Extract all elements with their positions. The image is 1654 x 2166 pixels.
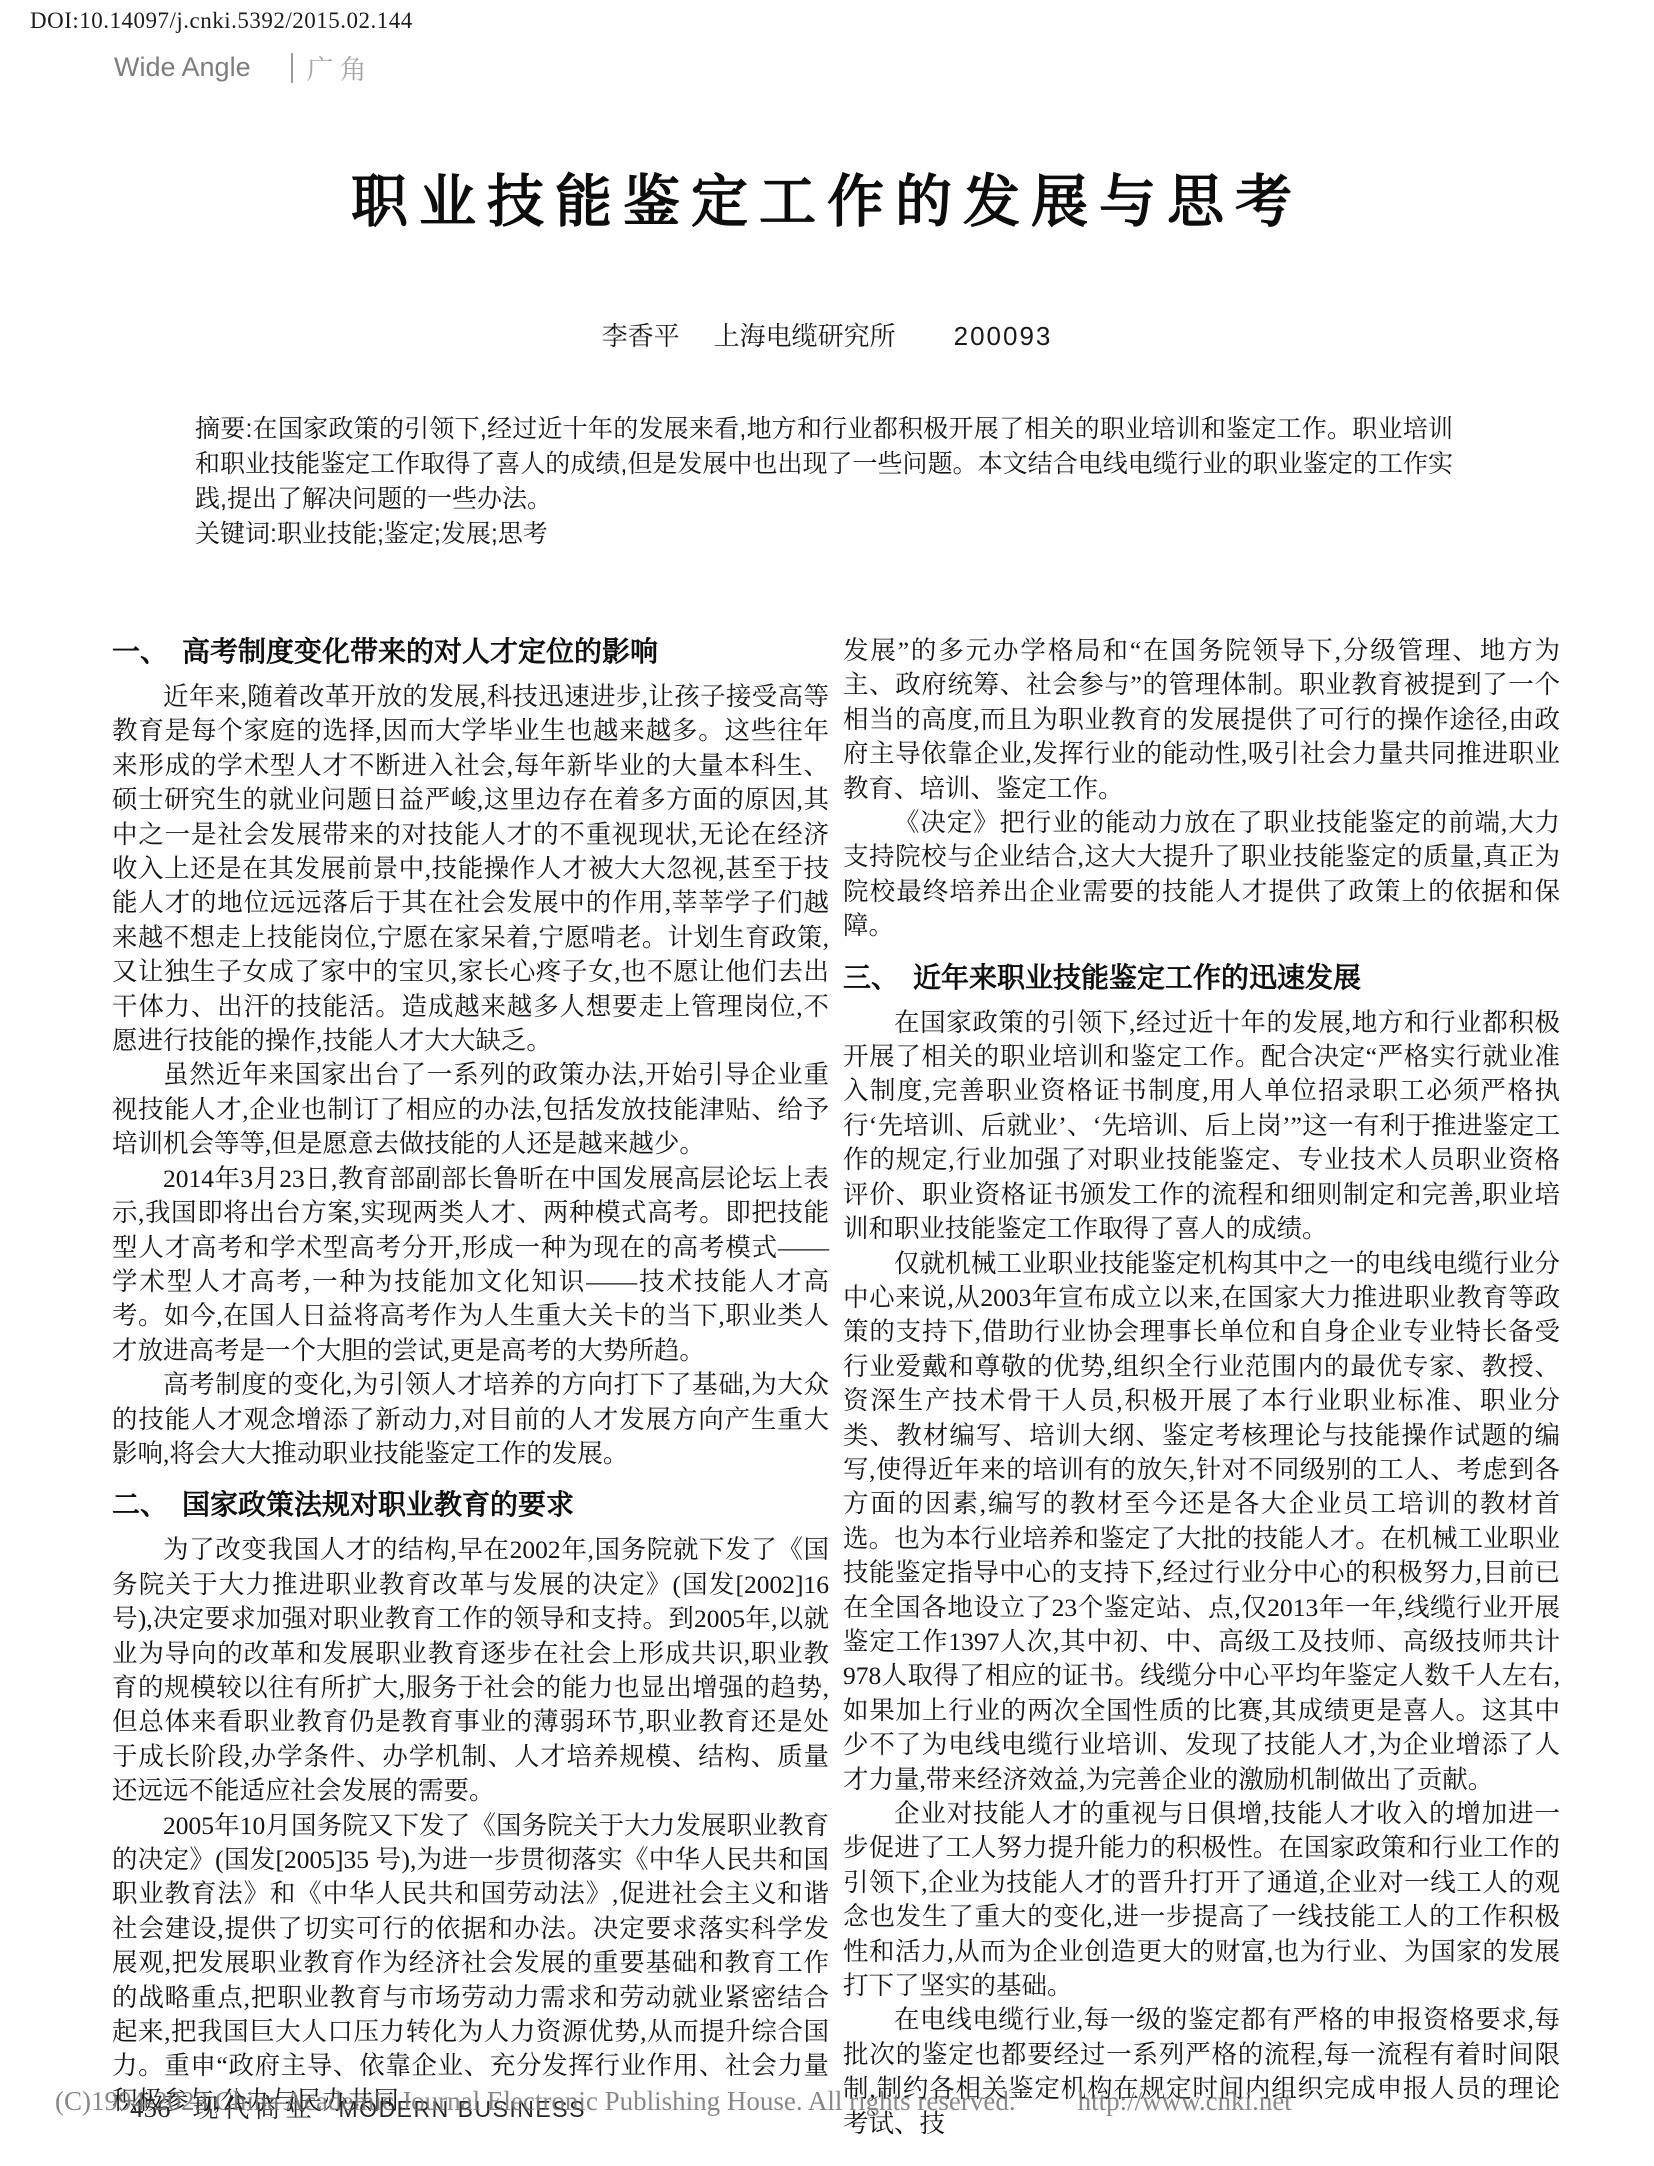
copyright-text: (C)1994-2023 China Academic Journal Elec… bbox=[55, 2086, 1016, 2116]
body-paragraph: 在电线电缆行业,每一级的鉴定都有严格的申报资格要求,每批次的鉴定也都要经过一系列… bbox=[843, 2003, 1560, 2141]
abstract-label: 摘要: bbox=[195, 415, 252, 443]
section-name-zh: 广角 bbox=[307, 48, 373, 87]
body-paragraph: 在国家政策的引领下,经过近十年的发展,地方和行业都积极开展了相关的职业培训和鉴定… bbox=[843, 1006, 1560, 1247]
body-paragraph: 近年来,随着改革开放的发展,科技迅速进步,让孩子接受高等教育是每个家庭的选择,因… bbox=[112, 680, 829, 1058]
body-paragraph: 发展”的多元办学格局和“在国务院领导下,分级管理、地方为主、政府统筹、社会参与”… bbox=[843, 634, 1560, 806]
keywords-label: 关键词: bbox=[195, 520, 277, 548]
cnki-url: http://www.cnki.net bbox=[1078, 2086, 1292, 2116]
body-paragraph: 2014年3月23日,教育部副部长鲁昕在中国发展高层论坛上表示,我国即将出台方案… bbox=[112, 1162, 829, 1368]
body-column-right: 发展”的多元办学格局和“在国务院领导下,分级管理、地方为主、政府统筹、社会参与”… bbox=[843, 634, 1560, 2141]
journal-article-page: DOI:10.14097/j.cnki.5392/2015.02.144 Wid… bbox=[0, 0, 1654, 2166]
body-paragraph: 2005年10月国务院又下发了《国务院关于大力发展职业教育的决定》(国发[200… bbox=[112, 1809, 829, 2119]
author-line: 李香平上海电缆研究所200093 bbox=[0, 316, 1654, 353]
body-paragraph: 《决定》把行业的能动力放在了职业技能鉴定的前端,大力支持院校与企业结合,这大大提… bbox=[843, 806, 1560, 944]
section-header: Wide Angle 广角 bbox=[114, 48, 373, 87]
section-name-en: Wide Angle bbox=[114, 52, 251, 83]
section-heading: 一、 高考制度变化带来的对人才定位的影响 bbox=[112, 634, 829, 670]
doi-text: DOI:10.14097/j.cnki.5392/2015.02.144 bbox=[30, 8, 413, 34]
section-heading: 三、 近年来职业技能鉴定工作的迅速发展 bbox=[843, 960, 1560, 996]
body-paragraph: 企业对技能人才的重视与日俱增,技能人才收入的增加进一步促进了工人努力提升能力的积… bbox=[843, 1797, 1560, 2003]
body-column-left: 一、 高考制度变化带来的对人才定位的影响近年来,随着改革开放的发展,科技迅速进步… bbox=[112, 634, 829, 2118]
postal-code: 200093 bbox=[954, 321, 1053, 351]
copyright-watermark: (C)1994-2023 China Academic Journal Elec… bbox=[55, 2086, 1455, 2117]
abstract-text: 在国家政策的引领下,经过近十年的发展来看,地方和行业都积极开展了相关的职业培训和… bbox=[195, 415, 1453, 513]
body-paragraph: 虽然近年来国家出台了一系列的政策办法,开始引导企业重视技能人才,企业也制订了相应… bbox=[112, 1058, 829, 1161]
body-paragraph: 高考制度的变化,为引领人才培养的方向打下了基础,为大众的技能人才观念增添了新动力… bbox=[112, 1368, 829, 1471]
body-paragraph: 仅就机械工业职业技能鉴定机构其中之一的电线电缆行业分中心来说,从2003年宣布成… bbox=[843, 1247, 1560, 1798]
section-divider-bar bbox=[291, 53, 293, 83]
body-paragraph: 为了改变我国人才的结构,早在2002年,国务院就下发了《国务院关于大力推进职业教… bbox=[112, 1533, 829, 1808]
article-title: 职业技能鉴定工作的发展与思考 bbox=[0, 156, 1654, 238]
keywords-text: 职业技能;鉴定;发展;思考 bbox=[277, 520, 548, 548]
section-heading: 二、 国家政策法规对职业教育的要求 bbox=[112, 1487, 829, 1523]
abstract-paragraph: 摘要:在国家政策的引领下,经过近十年的发展来看,地方和行业都积极开展了相关的职业… bbox=[195, 412, 1453, 517]
keywords-paragraph: 关键词:职业技能;鉴定;发展;思考 bbox=[195, 517, 1453, 552]
author-affiliation: 上海电缆研究所 bbox=[714, 321, 896, 351]
author-name: 李香平 bbox=[602, 321, 680, 351]
abstract-block: 摘要:在国家政策的引领下,经过近十年的发展来看,地方和行业都积极开展了相关的职业… bbox=[195, 412, 1453, 552]
